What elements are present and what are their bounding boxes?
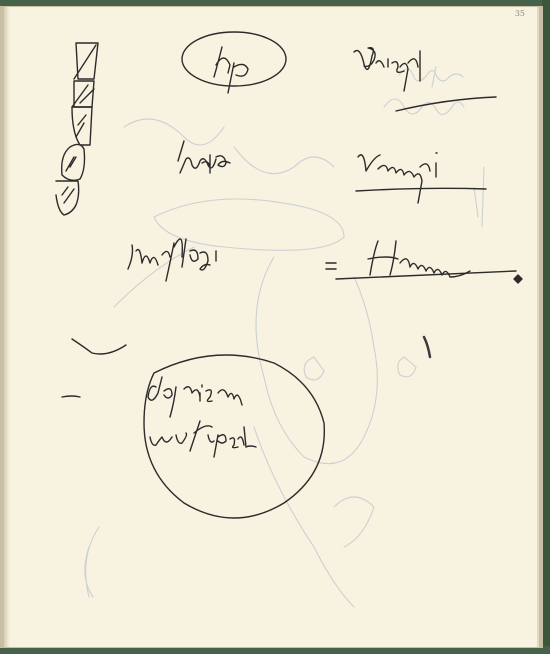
checkbox-checked-icon	[74, 43, 98, 79]
underline	[396, 97, 496, 111]
row2-right-word	[356, 153, 486, 203]
row2-left-word	[178, 141, 230, 173]
ink-layer	[4, 7, 537, 647]
checklist	[56, 43, 98, 215]
underline	[336, 271, 516, 279]
checkbox-checked-icon	[56, 181, 79, 215]
checkbox-checked-icon	[72, 107, 92, 145]
top-right-word	[354, 48, 496, 111]
dark-smudge	[424, 337, 430, 357]
tilde-stroke	[72, 339, 126, 354]
ink-dot	[514, 275, 522, 283]
row3-right-word	[336, 241, 522, 283]
dash-stroke	[62, 396, 80, 397]
row3-left-word	[128, 239, 216, 281]
notebook-cover-right	[542, 0, 550, 654]
circled-word	[182, 32, 286, 93]
checkbox-checked-icon	[72, 81, 94, 107]
circled-bubble	[144, 355, 324, 518]
notebook-page: 35	[4, 7, 539, 647]
checkbox-checked-icon	[62, 144, 85, 180]
equals-sign	[326, 263, 336, 269]
